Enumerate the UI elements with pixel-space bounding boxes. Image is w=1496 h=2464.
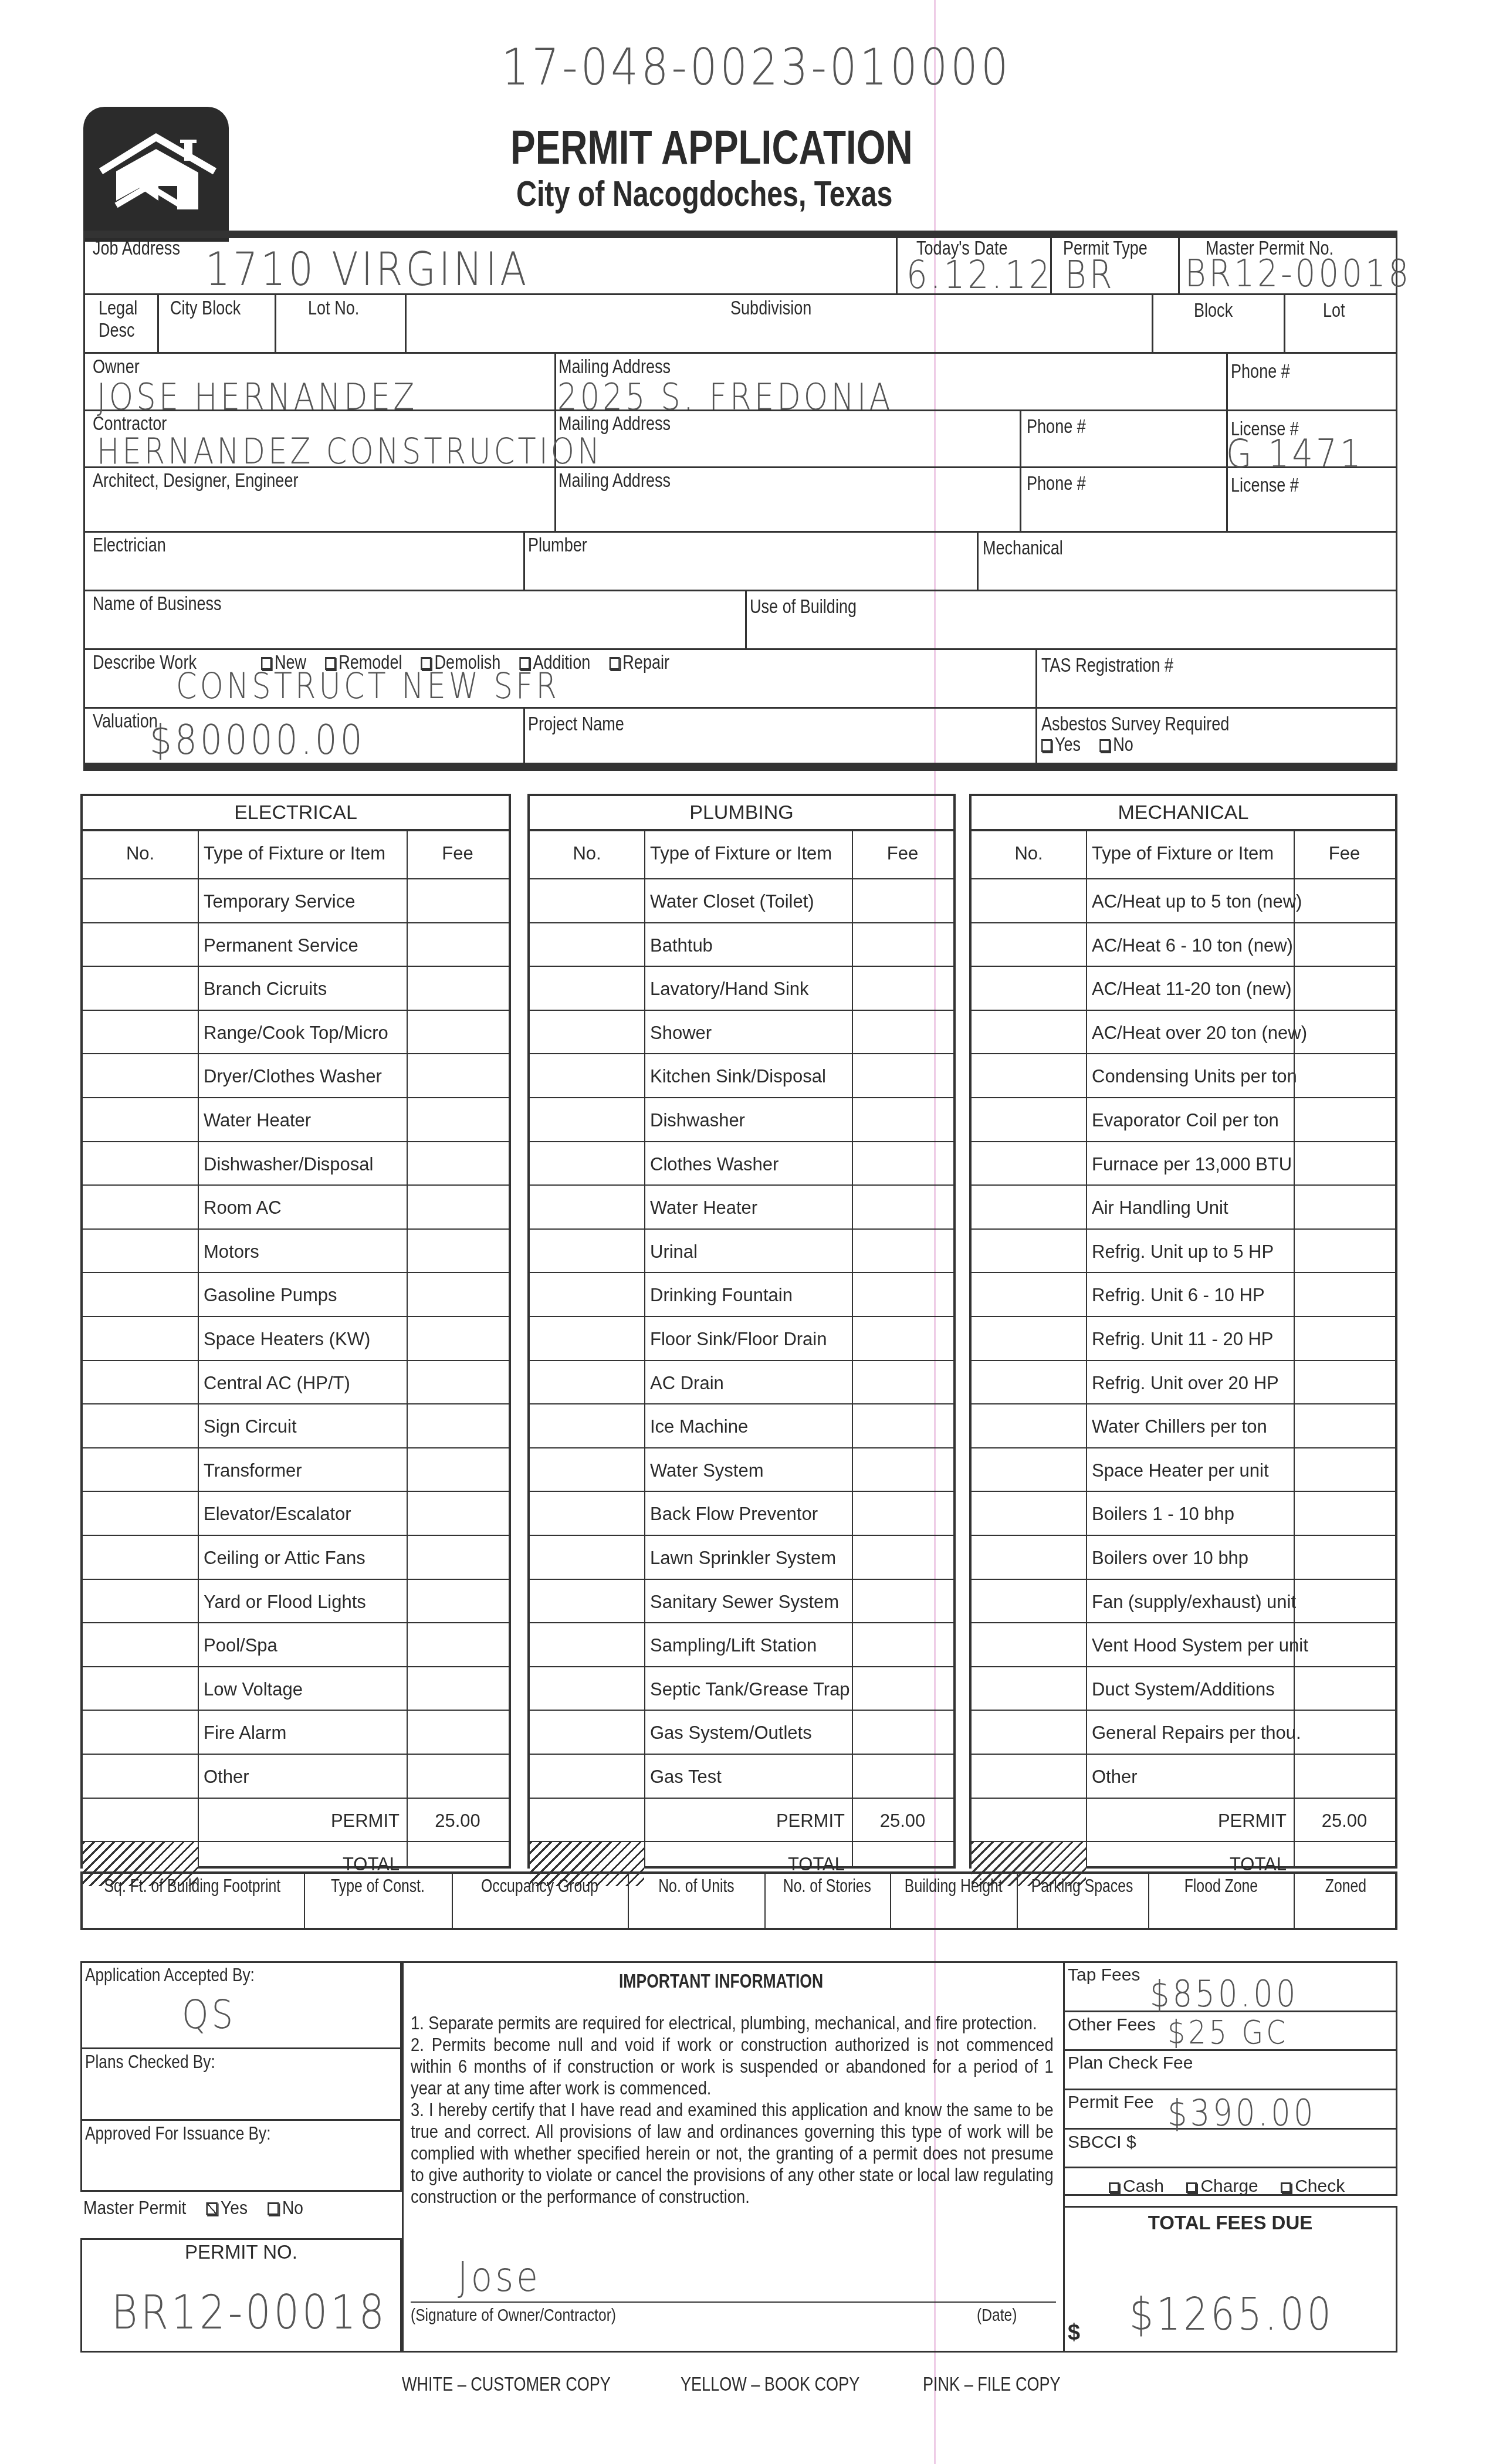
total-fees-field[interactable]: $1265.00	[1129, 2288, 1334, 2340]
table-row: Space Heater per unit	[972, 1447, 1395, 1492]
building-col-header: No. of Stories	[764, 1876, 890, 1897]
fixture-item: Permanent Service	[204, 923, 358, 967]
fixture-item: Boilers over 10 bhp	[1092, 1536, 1248, 1580]
permit-label: PERMIT	[331, 1799, 400, 1843]
table-row: AC Drain	[530, 1360, 953, 1405]
col-fee-header: Fee	[1294, 829, 1395, 878]
permit-row: PERMIT25.00	[530, 1798, 953, 1843]
fixture-item: Septic Tank/Grease Trap	[650, 1667, 850, 1711]
total-currency-symbol: $	[1068, 2320, 1080, 2345]
fixture-item: Lawn Sprinkler System	[650, 1536, 836, 1580]
asbestos-options: Yes No	[1041, 733, 1133, 756]
plan-check-fee-label: Plan Check Fee	[1068, 2053, 1193, 2073]
table-row: Water Heater	[530, 1184, 953, 1230]
other-fees-field[interactable]: $25 GC	[1167, 2013, 1289, 2052]
table-row: Dishwasher	[530, 1097, 953, 1142]
fixture-item: Water Heater	[650, 1186, 757, 1230]
table-row: Ice Machine	[530, 1403, 953, 1448]
fixture-item: Low Voltage	[204, 1667, 303, 1711]
fixture-item: Space Heaters (KW)	[204, 1317, 370, 1361]
table-row: Floor Sink/Floor Drain	[530, 1316, 953, 1361]
table-row: Lawn Sprinkler System	[530, 1535, 953, 1580]
approved-by-label: Approved For Issuance By:	[85, 2123, 270, 2144]
fixture-item: Other	[204, 1755, 249, 1799]
col-type-header: Type of Fixture or Item	[204, 829, 385, 878]
info-item-1: 1. Separate permits are required for ele…	[411, 2012, 1054, 2034]
table-row: Fire Alarm	[83, 1710, 509, 1755]
fixture-item: Duct System/Additions	[1092, 1667, 1275, 1711]
project-name-label: Project Name	[528, 713, 624, 735]
fixture-item: Range/Cook Top/Micro	[204, 1011, 388, 1055]
fixture-item: Ceiling or Attic Fans	[204, 1536, 365, 1580]
fixture-item: Drinking Fountain	[650, 1273, 793, 1317]
fixture-item: Motors	[204, 1230, 259, 1274]
fixture-item: Room AC	[204, 1186, 282, 1230]
permit-fee-value[interactable]: 25.00	[407, 1799, 509, 1843]
fixture-item: Furnace per 13,000 BTU	[1092, 1142, 1292, 1186]
table-row: Space Heaters (KW)	[83, 1316, 509, 1361]
fixture-item: Condensing Units per ton	[1092, 1054, 1297, 1098]
job-address-field[interactable]: 1710 VIRGINIA	[205, 243, 530, 296]
master-permit-row: Master Permit Yes No	[83, 2197, 303, 2219]
table-row: Low Voltage	[83, 1666, 509, 1711]
contractor-license-field[interactable]: G 1471	[1226, 431, 1364, 476]
fixture-item: AC/Heat over 20 ton (new)	[1092, 1011, 1307, 1055]
table-row: Transformer	[83, 1447, 509, 1492]
table-row: Branch Cicruits	[83, 966, 509, 1011]
table-row: Range/Cook Top/Micro	[83, 1010, 509, 1055]
accepted-by-field[interactable]: QS	[182, 1992, 236, 2038]
mechanical-table-title: MECHANICAL	[972, 796, 1395, 831]
fixture-item: Refrig. Unit up to 5 HP	[1092, 1230, 1274, 1274]
job-address-label: Job Address	[93, 237, 180, 259]
permit-fee-field[interactable]: $390.00	[1167, 2091, 1316, 2134]
business-name-label: Name of Business	[93, 593, 222, 615]
fixture-item: Fan (supply/exhaust) unit	[1092, 1580, 1296, 1624]
fixture-item: Space Heater per unit	[1092, 1448, 1269, 1492]
info-item-3: 3. I hereby certify that I have read and…	[411, 2099, 1054, 2208]
valuation-field[interactable]: $80000.00	[150, 716, 365, 764]
fixture-item: General Repairs per thou.	[1092, 1711, 1301, 1755]
permit-type-field[interactable]: BR	[1065, 252, 1115, 297]
master-permit-yes-checkbox[interactable]: Yes	[206, 2197, 248, 2218]
lot-label: Lot	[1323, 299, 1345, 321]
use-of-building-label: Use of Building	[750, 595, 857, 618]
table-row: Water Chillers per ton	[972, 1403, 1395, 1448]
important-info-text: 1. Separate permits are required for ele…	[411, 2012, 1054, 2208]
fixture-item: Clothes Washer	[650, 1142, 779, 1186]
table-row: Sign Circuit	[83, 1403, 509, 1448]
permit-label: PERMIT	[1218, 1799, 1287, 1843]
permit-fee-value[interactable]: 25.00	[852, 1799, 953, 1843]
asbestos-yes-checkbox[interactable]: Yes	[1041, 733, 1081, 755]
fixture-item: Kitchen Sink/Disposal	[650, 1054, 826, 1098]
fixture-item: Water Chillers per ton	[1092, 1404, 1267, 1448]
fixture-item: Water System	[650, 1448, 764, 1492]
building-col-header: Parking Spaces	[1017, 1876, 1148, 1897]
table-row: Urinal	[530, 1228, 953, 1274]
fixture-item: Sign Circuit	[204, 1404, 297, 1448]
building-col-header: Occupancy Group	[452, 1876, 628, 1897]
table-row: Sanitary Sewer System	[530, 1579, 953, 1624]
building-col-header: Building Height	[890, 1876, 1017, 1897]
table-row: Clothes Washer	[530, 1141, 953, 1186]
tap-fees-label: Tap Fees	[1068, 1965, 1140, 1985]
payment-check-checkbox[interactable]: Check	[1281, 2177, 1345, 2196]
tas-registration-label: TAS Registration #	[1041, 654, 1173, 676]
table-row: Elevator/Escalator	[83, 1491, 509, 1536]
fixture-item: Sampling/Lift Station	[650, 1623, 817, 1667]
permit-fee-value[interactable]: 25.00	[1294, 1799, 1395, 1843]
table-row: Condensing Units per ton	[972, 1053, 1395, 1098]
table-row: Other	[83, 1754, 509, 1799]
date-label: (Date)	[977, 2306, 1017, 2326]
fixture-item: AC/Heat 11-20 ton (new)	[1092, 967, 1292, 1011]
table-row: Gasoline Pumps	[83, 1272, 509, 1317]
fixture-item: Sanitary Sewer System	[650, 1580, 839, 1624]
col-type-header: Type of Fixture or Item	[650, 829, 832, 878]
table-row: AC/Heat up to 5 ton (new)	[972, 878, 1395, 923]
plans-checked-label: Plans Checked By:	[85, 2051, 215, 2073]
info-item-2: 2. Permits become null and void if work …	[411, 2034, 1054, 2099]
table-row: Fan (supply/exhaust) unit	[972, 1579, 1395, 1624]
table-row: Dryer/Clothes Washer	[83, 1053, 509, 1098]
fixture-item: Urinal	[650, 1230, 698, 1274]
table-row: Temporary Service	[83, 878, 509, 923]
fixture-item: Evaporator Coil per ton	[1092, 1098, 1279, 1142]
table-row: Furnace per 13,000 BTU	[972, 1141, 1395, 1186]
valuation-label: Valuation	[93, 710, 158, 732]
accepted-by-label: Application Accepted By:	[85, 1964, 255, 1986]
fixture-item: Bathtub	[650, 923, 713, 967]
fixture-item: Vent Hood System per unit	[1092, 1623, 1308, 1667]
tap-fees-field[interactable]: $850.00	[1150, 1972, 1299, 2015]
fixture-item: Fire Alarm	[204, 1711, 286, 1755]
plumbing-table-title: PLUMBING	[530, 796, 953, 831]
table-row: Refrig. Unit up to 5 HP	[972, 1228, 1395, 1274]
fixture-item: Yard or Flood Lights	[204, 1580, 366, 1624]
table-row: Dishwasher/Disposal	[83, 1141, 509, 1186]
building-col-header: Flood Zone	[1148, 1876, 1294, 1897]
table-row: Boilers over 10 bhp	[972, 1535, 1395, 1580]
table-row: Drinking Fountain	[530, 1272, 953, 1317]
table-row: Room AC	[83, 1184, 509, 1230]
table-row: Bathtub	[530, 922, 953, 967]
table-row: Air Handling Unit	[972, 1184, 1395, 1230]
table-row: Lavatory/Hand Sink	[530, 966, 953, 1011]
table-row: Kitchen Sink/Disposal	[530, 1053, 953, 1098]
table-row: Shower	[530, 1010, 953, 1055]
table-row: Water System	[530, 1447, 953, 1492]
fixture-item: Dishwasher	[650, 1098, 745, 1142]
building-col-header: Zoned	[1294, 1876, 1397, 1897]
lot-no-label: Lot No.	[308, 297, 359, 319]
page-title: PERMIT APPLICATION	[510, 120, 913, 175]
table-row: General Repairs per thou.	[972, 1710, 1395, 1755]
table-row: AC/Heat 11-20 ton (new)	[972, 966, 1395, 1011]
contractor-phone-label: Phone #	[1027, 415, 1086, 438]
section-bar	[83, 763, 1397, 771]
fixture-item: Pool/Spa	[204, 1623, 277, 1667]
table-row: Back Flow Preventor	[530, 1491, 953, 1536]
fixture-item: Gasoline Pumps	[204, 1273, 337, 1317]
fixture-item: Shower	[650, 1011, 712, 1055]
fixture-item: Temporary Service	[204, 879, 355, 923]
fixture-item: Gas System/Outlets	[650, 1711, 812, 1755]
asbestos-no-checkbox[interactable]: No	[1099, 733, 1133, 755]
table-row: Sampling/Lift Station	[530, 1622, 953, 1667]
page-subtitle: City of Nacogdoches, Texas	[516, 173, 892, 215]
table-row: Vent Hood System per unit	[972, 1622, 1395, 1667]
owner-mailing-label: Mailing Address	[559, 356, 671, 378]
col-type-header: Type of Fixture or Item	[1092, 829, 1274, 878]
plumber-label: Plumber	[528, 534, 587, 556]
fixture-item: Transformer	[204, 1448, 302, 1492]
subdivision-label: Subdivision	[730, 297, 811, 319]
architect-license-label: License #	[1231, 474, 1299, 496]
owner-phone-label: Phone #	[1231, 360, 1290, 383]
table-row: Gas Test	[530, 1754, 953, 1799]
fixture-item: Other	[1092, 1755, 1138, 1799]
table-row: Gas System/Outlets	[530, 1710, 953, 1755]
table-row: Permanent Service	[83, 922, 509, 967]
electrician-label: Electrician	[93, 534, 166, 556]
plumbing-table: PLUMBINGNo.Type of Fixture or ItemFeeWat…	[527, 794, 956, 1869]
footer-yellow-copy: YELLOW – BOOK COPY	[681, 2373, 859, 2395]
architect-label: Architect, Designer, Engineer	[93, 469, 298, 492]
signature-field[interactable]: Jose	[458, 2253, 541, 2301]
footer-white-copy: WHITE – CUSTOMER COPY	[402, 2373, 611, 2395]
checkbox-repair[interactable]: Repair	[609, 651, 669, 673]
master-permit-label: Master Permit	[83, 2197, 186, 2218]
fixture-item: Dryer/Clothes Washer	[204, 1054, 382, 1098]
mechanical-table: MECHANICALNo.Type of Fixture or ItemFeeA…	[969, 794, 1397, 1869]
permit-no-label: PERMIT NO.	[80, 2241, 402, 2263]
contractor-mailing-label: Mailing Address	[559, 412, 671, 435]
fixture-item: Elevator/Escalator	[204, 1492, 351, 1536]
building-col-header: Type of Const.	[304, 1876, 452, 1897]
house-icon	[83, 107, 229, 242]
legal-desc-label: Legal Desc	[99, 297, 127, 341]
fixture-item: Water Heater	[204, 1098, 311, 1142]
block-label: Block	[1194, 299, 1233, 321]
table-row: Duct System/Additions	[972, 1666, 1395, 1711]
col-fee-header: Fee	[852, 829, 953, 878]
col-fee-header: Fee	[407, 829, 509, 878]
fixture-item: Refrig. Unit over 20 HP	[1092, 1361, 1279, 1405]
col-no-header: No.	[530, 829, 644, 878]
payment-options: Cash Charge Check	[1109, 2177, 1345, 2196]
table-row: Central AC (HP/T)	[83, 1360, 509, 1405]
table-row: Refrig. Unit 6 - 10 HP	[972, 1272, 1395, 1317]
permit-label: PERMIT	[776, 1799, 845, 1843]
col-no-header: No.	[83, 829, 198, 878]
table-row: Septic Tank/Grease Trap	[530, 1666, 953, 1711]
master-permit-field[interactable]: BR12-00018	[1185, 252, 1412, 296]
fixture-item: Central AC (HP/T)	[204, 1361, 350, 1405]
fixture-item: Refrig. Unit 11 - 20 HP	[1092, 1317, 1274, 1361]
fixture-item: Floor Sink/Floor Drain	[650, 1317, 827, 1361]
permit-fee-label: Permit Fee	[1068, 2093, 1154, 2113]
footer-pink-copy: PINK – FILE COPY	[923, 2373, 1061, 2395]
mechanical-label: Mechanical	[983, 537, 1063, 559]
permit-row: PERMIT25.00	[972, 1798, 1395, 1843]
electrical-table: ELECTRICALNo.Type of Fixture or ItemFeeT…	[80, 794, 511, 1869]
city-block-label: City Block	[170, 297, 241, 319]
table-row: Boilers 1 - 10 bhp	[972, 1491, 1395, 1536]
approval-box	[80, 1961, 402, 2192]
fixture-item: Air Handling Unit	[1092, 1186, 1228, 1230]
parcel-number: 17-048-0023-010000	[502, 38, 1011, 97]
asbestos-label: Asbestos Survey Required	[1041, 713, 1229, 735]
table-row: AC/Heat 6 - 10 ton (new)	[972, 922, 1395, 967]
fixture-item: Water Closet (Toilet)	[650, 879, 814, 923]
other-fees-label: Other Fees	[1068, 2015, 1156, 2035]
table-row: Other	[972, 1754, 1395, 1799]
fixture-item: Branch Cicruits	[204, 967, 327, 1011]
table-row: Refrig. Unit 11 - 20 HP	[972, 1316, 1395, 1361]
table-row: Evaporator Coil per ton	[972, 1097, 1395, 1142]
table-row: AC/Heat over 20 ton (new)	[972, 1010, 1395, 1055]
signature-label: (Signature of Owner/Contractor)	[411, 2306, 616, 2326]
architect-phone-label: Phone #	[1027, 472, 1086, 495]
sbcci-label: SBCCI $	[1068, 2133, 1136, 2152]
fixture-item: Refrig. Unit 6 - 10 HP	[1092, 1273, 1265, 1317]
table-row: Yard or Flood Lights	[83, 1579, 509, 1624]
building-col-header: Sq. Ft. of Building Footprint	[80, 1876, 304, 1897]
table-row: Pool/Spa	[83, 1622, 509, 1667]
electrical-table-title: ELECTRICAL	[83, 796, 509, 831]
table-row: Refrig. Unit over 20 HP	[972, 1360, 1395, 1405]
fixture-item: Boilers 1 - 10 bhp	[1092, 1492, 1234, 1536]
owner-label: Owner	[93, 356, 140, 378]
fixture-item: Gas Test	[650, 1755, 722, 1799]
fixture-item: AC/Heat 6 - 10 ton (new)	[1092, 923, 1293, 967]
fixture-item: Dishwasher/Disposal	[204, 1142, 373, 1186]
fixture-item: Lavatory/Hand Sink	[650, 967, 809, 1011]
payment-charge-checkbox[interactable]: Charge	[1186, 2177, 1258, 2196]
table-row: Ceiling or Attic Fans	[83, 1535, 509, 1580]
todays-date-field[interactable]: 6.12.12	[906, 252, 1053, 297]
contractor-field[interactable]: HERNANDEZ CONSTRUCTION	[97, 431, 603, 472]
fixture-item: AC Drain	[650, 1361, 724, 1405]
important-info-title: IMPORTANT INFORMATION	[619, 1970, 823, 1993]
fixture-item: Ice Machine	[650, 1404, 748, 1448]
total-fees-label: TOTAL FEES DUE	[1063, 2212, 1397, 2234]
table-row: Water Closet (Toilet)	[530, 878, 953, 923]
col-no-header: No.	[972, 829, 1086, 878]
table-row: Motors	[83, 1228, 509, 1274]
permit-no-field[interactable]: BR12-00018	[111, 2285, 387, 2340]
master-permit-no-checkbox[interactable]: No	[268, 2197, 303, 2218]
fixture-item: Back Flow Preventor	[650, 1492, 818, 1536]
architect-mailing-label: Mailing Address	[559, 469, 671, 492]
building-col-header: No. of Units	[628, 1876, 764, 1897]
payment-cash-checkbox[interactable]: Cash	[1109, 2177, 1164, 2196]
work-description-field[interactable]: CONSTRUCT NEW SFR	[176, 666, 560, 707]
permit-row: PERMIT25.00	[83, 1798, 509, 1843]
fixture-item: AC/Heat up to 5 ton (new)	[1092, 879, 1302, 923]
table-row: Water Heater	[83, 1097, 509, 1142]
